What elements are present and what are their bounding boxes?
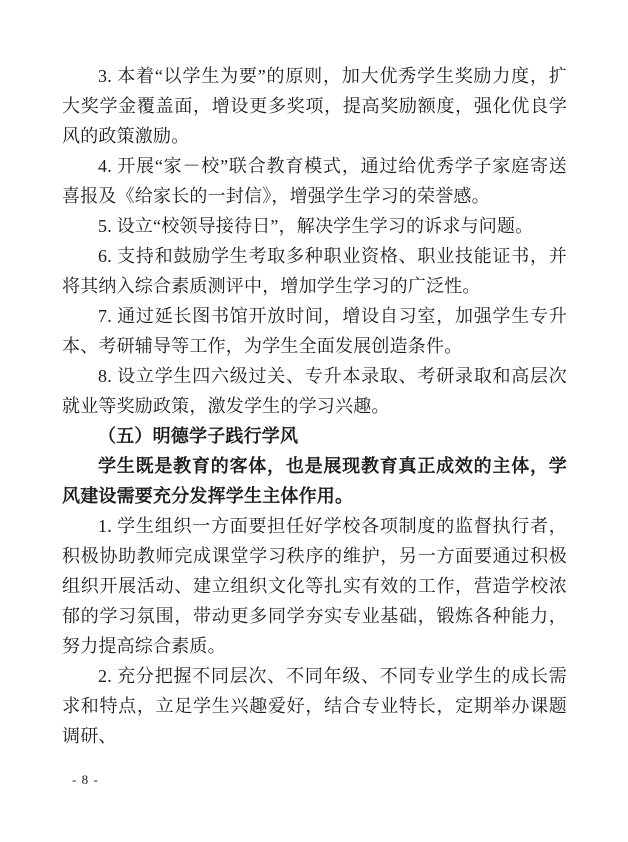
- section-heading: （五）明德学子践行学风: [62, 421, 567, 451]
- paragraph-item-4: 4. 开展“家－校”联合教育模式，通过给优秀学子家庭寄送喜报及《给家长的一封信》…: [62, 151, 567, 211]
- page-number: - 8 -: [72, 772, 99, 788]
- paragraph-item-1: 1. 学生组织一方面要担任好学校各项制度的监督执行者，积极协助教师完成课堂学习秩…: [62, 511, 567, 661]
- document-body: 3. 本着“以学生为要”的原则，加大优秀学生奖励力度，扩大奖学金覆盖面，增设更多…: [62, 61, 567, 751]
- paragraph-item-5: 5. 设立“校领导接待日”，解决学生学习的诉求与问题。: [62, 211, 567, 241]
- lead-paragraph: 学生既是教育的客体，也是展现教育真正成效的主体，学风建设需要充分发挥学生主体作用…: [62, 451, 567, 511]
- paragraph-item-8: 8. 设立学生四六级过关、专升本录取、考研录取和高层次就业等奖励政策，激发学生的…: [62, 361, 567, 421]
- paragraph-item-7: 7. 通过延长图书馆开放时间，增设自习室，加强学生专升本、考研辅导等工作，为学生…: [62, 301, 567, 361]
- document-page: 3. 本着“以学生为要”的原则，加大优秀学生奖励力度，扩大奖学金覆盖面，增设更多…: [0, 0, 628, 842]
- paragraph-item-2: 2. 充分把握不同层次、不同年级、不同专业学生的成长需求和特点，立足学生兴趣爱好…: [62, 661, 567, 751]
- paragraph-item-6: 6. 支持和鼓励学生考取多种职业资格、职业技能证书，并将其纳入综合素质测评中，增…: [62, 241, 567, 301]
- paragraph-item-3: 3. 本着“以学生为要”的原则，加大优秀学生奖励力度，扩大奖学金覆盖面，增设更多…: [62, 61, 567, 151]
